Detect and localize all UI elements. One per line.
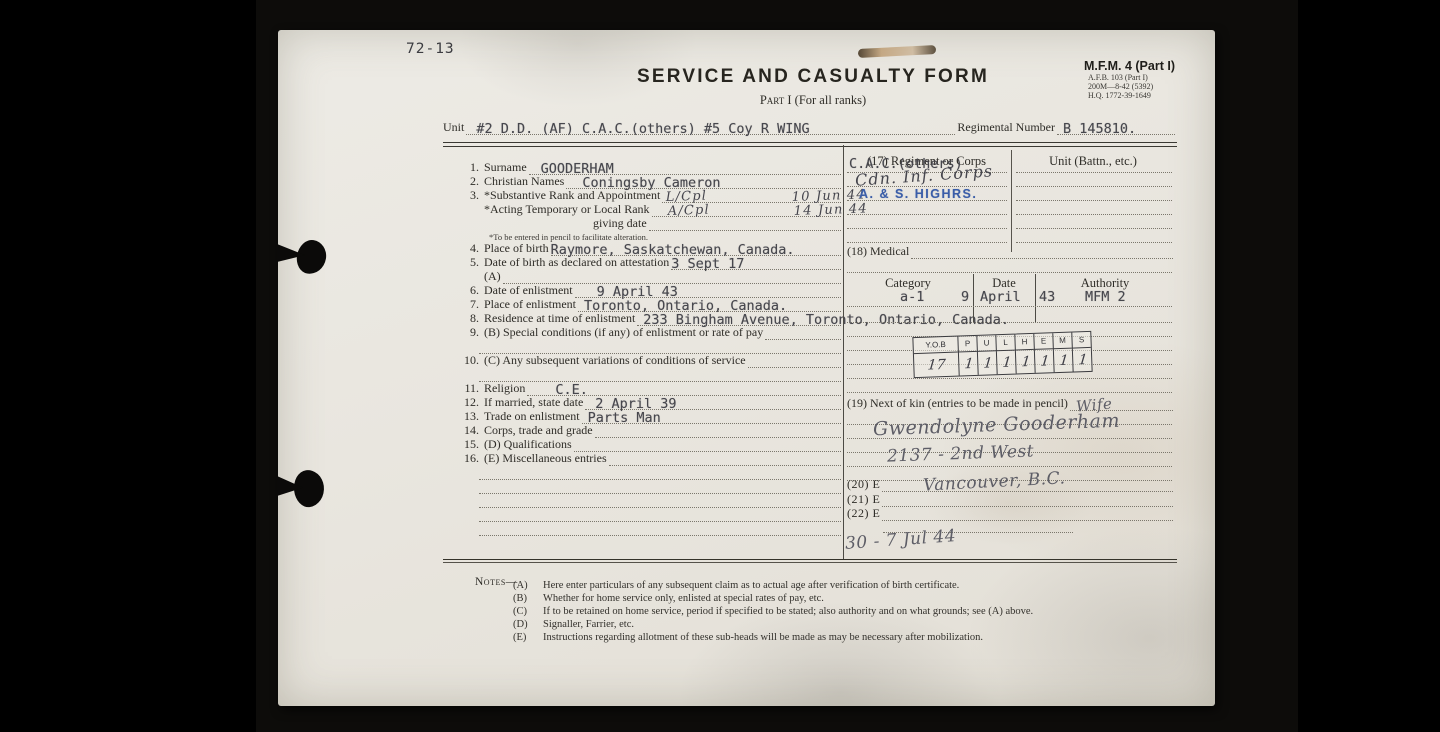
dotted-line [1016, 186, 1172, 187]
blank-line [443, 508, 843, 522]
field-surname: 1. Surname GOODERHAM [443, 161, 843, 175]
category-value: a-1 [900, 289, 924, 305]
field-corps-trade-grade: 14. Corps, trade and grade [443, 424, 843, 438]
dotted-line [847, 306, 1172, 307]
dotted-line [847, 322, 1172, 323]
file-number: 72-13 [406, 41, 455, 57]
medical-row: (18) Medical [847, 246, 1175, 259]
form-subtitle: Part I (For all ranks) [468, 93, 1158, 108]
header-rule [443, 142, 1177, 147]
pulhems-header: L [995, 335, 1015, 352]
note-item-a: (A) Here enter particulars of any subseq… [513, 580, 959, 592]
left-column: 1. Surname GOODERHAM 2. Christian Names … [443, 161, 843, 536]
blank-line [443, 522, 843, 536]
date-annotation: 30 - 7 Jul 44 [844, 526, 956, 554]
pulhems-value: 1 [977, 351, 997, 375]
date-year-value: 43 [1039, 289, 1055, 305]
pulhems-header: E [1033, 333, 1053, 350]
punch-hole-top [295, 238, 329, 276]
service-casualty-form-paper: 72-13 SERVICE AND CASUALTY FORM Part I (… [278, 30, 1215, 706]
unit-value-line: #2 D.D. (AF) C.A.C.(others) #5 Coy R WIN… [466, 121, 955, 135]
religion-value: C.E. [555, 382, 588, 398]
blank-line [443, 368, 843, 382]
e20-row: (20) E [847, 480, 1175, 492]
field-christian-names: 2. Christian Names Coningsby Cameron [443, 175, 843, 189]
dotted-line [1016, 200, 1172, 201]
form-code: M.F.M. 4 (Part I) [1084, 59, 1216, 73]
pulhems-header: S [1071, 332, 1091, 349]
next-of-kin-address1: 2137 - 2nd West [887, 441, 1035, 466]
authority-value: MFM 2 [1085, 289, 1126, 305]
note-item-c: (C) If to be retained on home service, p… [513, 606, 1033, 618]
pulhems-header: H [1014, 334, 1034, 351]
pulhems-value: 1 [1053, 349, 1073, 373]
dotted-line [847, 228, 1007, 229]
field-residence: 8. Residence at time of enlistment 233 B… [443, 312, 843, 326]
next-of-kin-label: (19) Next of kin (entries to be made in … [847, 396, 1068, 411]
regiment-stamp-entry: A. & S. HIGHRS. [859, 187, 977, 201]
form-subtitle-ranks: (For all ranks) [795, 93, 867, 107]
e21-row: (21) E [847, 495, 1175, 507]
next-of-kin-name: Gwendolyne Gooderham [873, 410, 1121, 441]
dotted-line [1016, 214, 1172, 215]
form-ref-line: A.F.B. 103 (Part I) [1084, 73, 1216, 82]
pulhems-header: U [976, 335, 996, 352]
pulhems-value: 1 [1015, 350, 1035, 374]
field-giving-date: giving date [443, 217, 843, 231]
pulhems-grid: Y.O.B P U L H E M S 17 1 1 1 1 1 1 1 [912, 331, 1092, 378]
field-qualifications: 15. (D) Qualifications [443, 438, 843, 452]
notes-heading: Notes— [475, 576, 518, 588]
regimental-number-value: B 145810. [1063, 121, 1136, 137]
blank-line [443, 466, 843, 480]
field-misc-entries: 16. (E) Miscellaneous entries [443, 452, 843, 466]
field-a-subrow: (A) [443, 270, 843, 284]
field-trade: 13. Trade on enlistment Parts Man [443, 410, 843, 424]
dotted-line [847, 242, 1007, 243]
note-item-e: (E) Instructions regarding allotment of … [513, 632, 983, 644]
unit-battn-header: Unit (Battn., etc.) [1011, 154, 1175, 169]
field-acting-rank: *Acting Temporary or Local Rank A/Cpl 14… [443, 203, 843, 217]
medical-label: (18) Medical [847, 244, 909, 259]
unit-label: Unit [443, 120, 464, 135]
date-day-value: 9 [961, 289, 969, 305]
blank-line [443, 494, 843, 508]
form-ref-line: H.Q. 1772-39-1649 [1084, 91, 1216, 100]
next-of-kin-row: (19) Next of kin (entries to be made in … [847, 398, 1175, 411]
medical-table-line [1035, 274, 1036, 322]
field-substantive-rank: 3. *Substantive Rank and Appointment L/C… [443, 189, 843, 203]
pulhems-header-yob: Y.O.B [913, 337, 958, 355]
right-column: (17) Regiment or Corps Unit (Battn., etc… [843, 148, 1177, 559]
field-place-of-birth: 4. Place of birth Raymore, Saskatchewan,… [443, 242, 843, 256]
footer-rule [443, 559, 1177, 563]
pulhems-header: M [1052, 333, 1072, 350]
form-reference-block: M.F.M. 4 (Part I) A.F.B. 103 (Part I) 20… [1084, 59, 1216, 100]
note-item-b: (B) Whether for home service only, enlis… [513, 593, 824, 605]
unit-line: Unit #2 D.D. (AF) C.A.C.(others) #5 Coy … [443, 120, 1177, 135]
pulhems-value: 1 [1072, 348, 1092, 372]
form-title: SERVICE AND CASUALTY FORM [468, 66, 1158, 88]
pulhems-value: 1 [958, 352, 978, 376]
field-married-date: 12. If married, state date 2 April 39 [443, 396, 843, 410]
field-date-of-enlistment: 6. Date of enlistment 9 April 43 [443, 284, 843, 298]
e22-row: (22) E [847, 509, 1175, 521]
field-religion: 11. Religion C.E. [443, 382, 843, 396]
dotted-line [1016, 172, 1172, 173]
regiment-unit-divider [1011, 150, 1012, 252]
dotted-line [847, 392, 1172, 393]
dotted-line [847, 378, 1172, 379]
regimental-number-label: Regimental Number [957, 120, 1055, 135]
field-place-of-enlistment: 7. Place of enlistment Toronto, Ontario,… [443, 298, 843, 312]
dotted-line [847, 272, 1172, 273]
dotted-line [847, 214, 1007, 215]
pulhems-header: P [957, 336, 977, 353]
dotted-line [1016, 242, 1172, 243]
pulhems-value-yob: 17 [914, 353, 959, 378]
pulhems-value: 1 [1034, 349, 1054, 373]
regimental-number-line: B 145810. [1057, 121, 1175, 135]
tape-mark [858, 45, 936, 58]
medical-table-line [973, 274, 974, 322]
dotted-line [1016, 228, 1172, 229]
blank-line [443, 480, 843, 494]
form-ref-line: 200M—8-42 (5392) [1084, 82, 1216, 91]
form-body: 1. Surname GOODERHAM 2. Christian Names … [443, 148, 1177, 559]
form-subtitle-part: Part I [760, 93, 792, 107]
note-item-d: (D) Signaller, Farrier, etc. [513, 619, 634, 631]
date-month-value: April [980, 289, 1021, 305]
field-variations: 10. (C) Any subsequent variations of con… [443, 354, 843, 368]
field-special-conditions: 9. (B) Special conditions (if any) of en… [443, 326, 843, 340]
blank-line [443, 340, 843, 354]
unit-value: #2 D.D. (AF) C.A.C.(others) #5 Coy R WIN… [476, 121, 809, 137]
field-date-of-birth: 5. Date of birth as declared on attestat… [443, 256, 843, 270]
pulhems-value: 1 [996, 351, 1016, 375]
